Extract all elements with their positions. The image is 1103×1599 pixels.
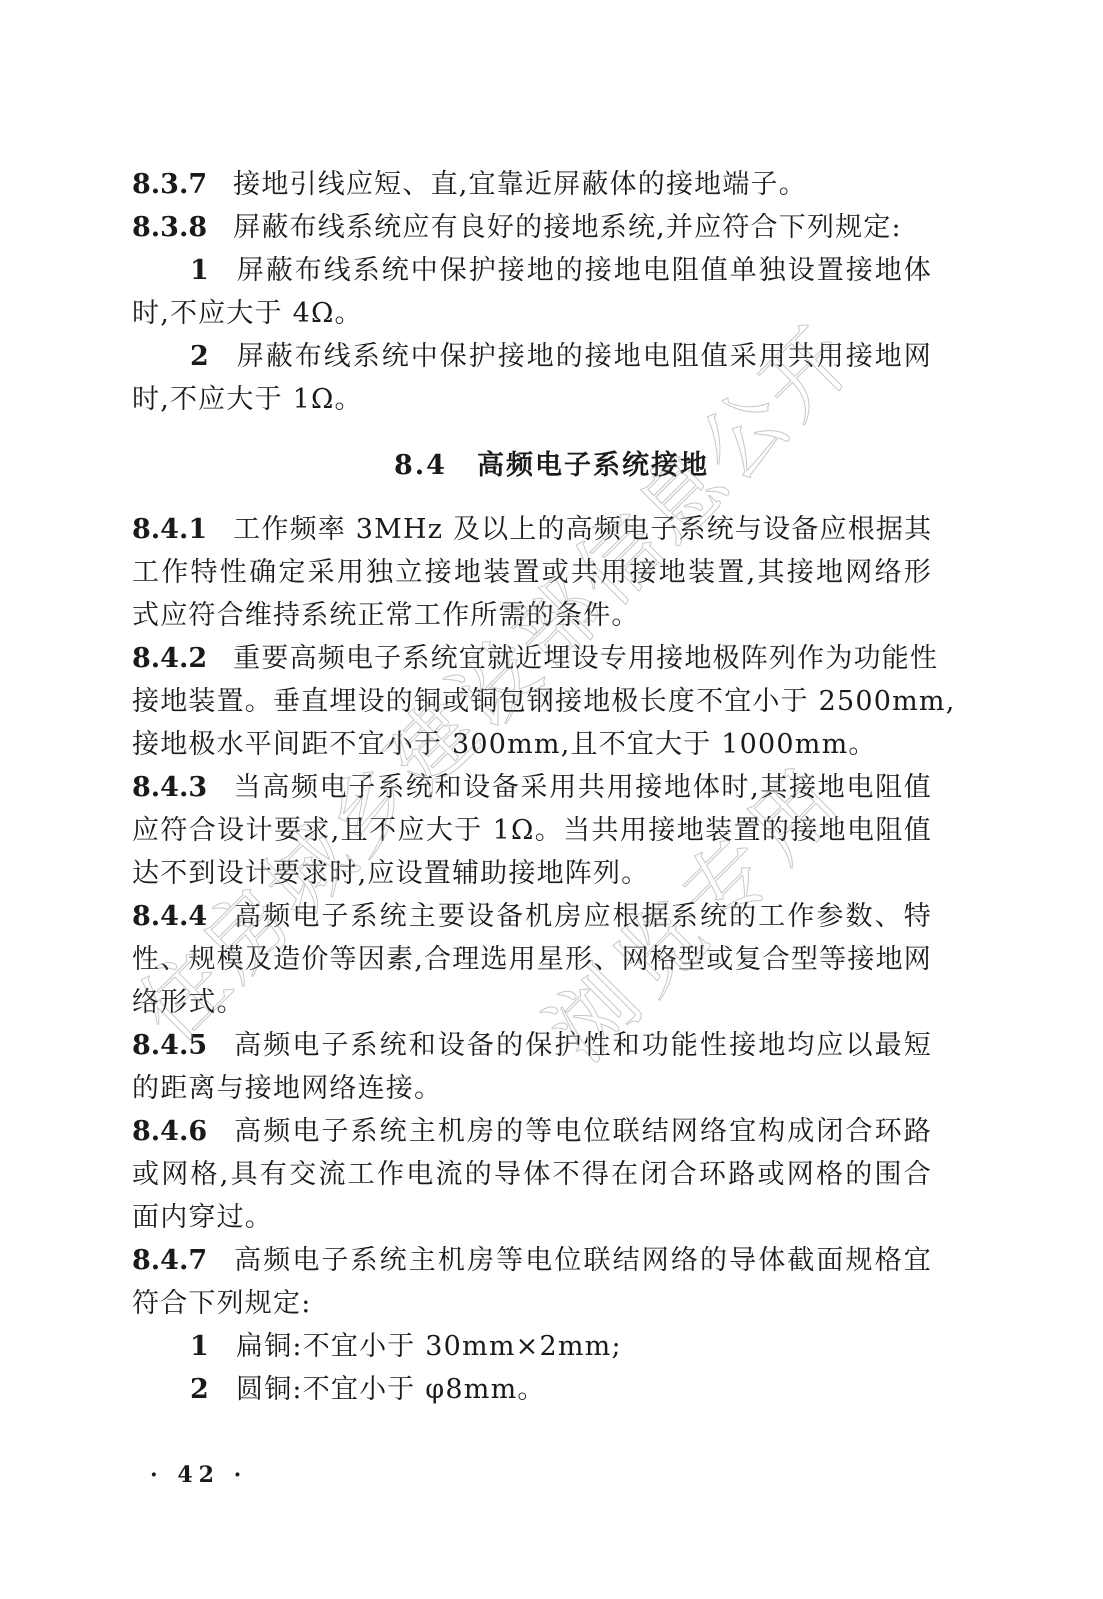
document-page: 8.3.7接地引线应短、直,宜靠近屏蔽体的接地端子。 8.3.8屏蔽布线系统应有… [0, 0, 1103, 1599]
clause-8-4-7-line-2: 符合下列规定: [132, 1286, 932, 1322]
clause-8-4-4-line-2: 性、规模及造价等因素,合理选用星形、网格型或复合型等接地网 [132, 942, 932, 978]
clause-text: 性、规模及造价等因素,合理选用星形、网格型或复合型等接地网 [132, 944, 932, 975]
item-number: 1 [190, 253, 210, 289]
clause-text: 的距离与接地网络连接。 [132, 1073, 442, 1104]
clause-8-4-2-line-3: 接地极水平间距不宜小于 300mm,且不宜大于 1000mm。 [132, 727, 932, 763]
clause-8-3-7-line-1: 8.3.7接地引线应短、直,宜靠近屏蔽体的接地端子。 [132, 167, 932, 203]
clause-8-4-6-line-2: 或网格,具有交流工作电流的导体不得在闭合环路或网格的围合 [132, 1157, 932, 1193]
clause-number: 8.3.7 [132, 167, 207, 203]
item-text: 屏蔽布线系统中保护接地的接地电阻值单独设置接地体 [236, 255, 932, 286]
item-8-3-8-1-line-2: 时,不应大于 4Ω。 [132, 296, 932, 332]
clause-text: 高频电子系统主机房等电位联结网络的导体截面规格宜 [233, 1245, 932, 1276]
clause-number: 8.4.5 [132, 1028, 207, 1064]
clause-8-4-2-line-1: 8.4.2重要高频电子系统宜就近埋设专用接地极阵列作为功能性 [132, 641, 932, 677]
clause-8-4-3-line-3: 达不到设计要求时,应设置辅助接地阵列。 [132, 856, 932, 892]
clause-8-4-5-line-2: 的距离与接地网络连接。 [132, 1071, 932, 1107]
clause-8-4-3-line-1: 8.4.3当高频电子系统和设备采用共用接地体时,其接地电阻值 [132, 770, 932, 806]
clause-text: 接地装置。垂直埋设的铜或铜包钢接地极长度不宜小于 2500mm, [132, 686, 955, 717]
clause-8-4-2-line-2: 接地装置。垂直埋设的铜或铜包钢接地极长度不宜小于 2500mm, [132, 684, 932, 720]
clause-number: 8.4.6 [132, 1114, 207, 1150]
item-number: 1 [190, 1329, 210, 1365]
clause-8-4-7-line-1: 8.4.7高频电子系统主机房等电位联结网络的导体截面规格宜 [132, 1243, 932, 1279]
clause-8-3-8-line-1: 8.3.8屏蔽布线系统应有良好的接地系统,并应符合下列规定: [132, 210, 932, 246]
clause-text: 工作特性确定采用独立接地装置或共用接地装置,其接地网络形 [132, 557, 932, 588]
clause-text: 面内穿过。 [132, 1202, 273, 1233]
clause-text: 接地极水平间距不宜小于 300mm,且不宜大于 1000mm。 [132, 729, 877, 760]
clause-8-4-1-line-2: 工作特性确定采用独立接地装置或共用接地装置,其接地网络形 [132, 555, 932, 591]
clause-text: 达不到设计要求时,应设置辅助接地阵列。 [132, 858, 649, 889]
clause-text: 高频电子系统主机房的等电位联结网络宜构成闭合环路 [233, 1116, 932, 1147]
page-number: · 42 · [150, 1462, 247, 1488]
item-text: 时,不应大于 1Ω。 [132, 384, 363, 415]
clause-number: 8.4.2 [132, 641, 207, 677]
clause-text: 式应符合维持系统正常工作所需的条件。 [132, 600, 640, 631]
clause-8-4-5-line-1: 8.4.5高频电子系统和设备的保护性和功能性接地均应以最短 [132, 1028, 932, 1064]
section-number: 8.4 [394, 450, 447, 481]
item-8-3-8-2-line-1: 2屏蔽布线系统中保护接地的接地电阻值采用共用接地网 [132, 339, 932, 375]
section-heading: 高频电子系统接地 [477, 450, 709, 481]
clause-text: 高频电子系统和设备的保护性和功能性接地均应以最短 [233, 1030, 932, 1061]
clause-8-4-1-line-1: 8.4.1工作频率 3MHz 及以上的高频电子系统与设备应根据其 [132, 512, 932, 548]
clause-number: 8.4.1 [132, 512, 207, 548]
clause-number: 8.4.4 [132, 899, 207, 935]
item-text: 时,不应大于 4Ω。 [132, 298, 363, 329]
item-number: 2 [190, 339, 210, 375]
clause-8-4-4-line-1: 8.4.4高频电子系统主要设备机房应根据系统的工作参数、特 [132, 899, 932, 935]
clause-text: 屏蔽布线系统应有良好的接地系统,并应符合下列规定: [233, 212, 902, 243]
item-text: 屏蔽布线系统中保护接地的接地电阻值采用共用接地网 [236, 341, 932, 372]
item-text: 扁铜:不宜小于 30mm×2mm; [236, 1331, 622, 1362]
clause-text: 工作频率 3MHz 及以上的高频电子系统与设备应根据其 [233, 514, 932, 545]
section-title: 8.4高频电子系统接地 [0, 448, 1103, 484]
clause-8-4-1-line-3: 式应符合维持系统正常工作所需的条件。 [132, 598, 932, 634]
clause-8-4-4-line-3: 络形式。 [132, 985, 932, 1021]
clause-text: 或网格,具有交流工作电流的导体不得在闭合环路或网格的围合 [132, 1159, 932, 1190]
item-8-3-8-2-line-2: 时,不应大于 1Ω。 [132, 382, 932, 418]
clause-8-4-6-line-3: 面内穿过。 [132, 1200, 932, 1236]
item-number: 2 [190, 1372, 210, 1408]
item-8-3-8-1-line-1: 1屏蔽布线系统中保护接地的接地电阻值单独设置接地体 [132, 253, 932, 289]
clause-text: 当高频电子系统和设备采用共用接地体时,其接地电阻值 [233, 772, 932, 803]
clause-text: 高频电子系统主要设备机房应根据系统的工作参数、特 [233, 901, 932, 932]
clause-number: 8.4.7 [132, 1243, 207, 1279]
clause-number: 8.3.8 [132, 210, 207, 246]
clause-text: 接地引线应短、直,宜靠近屏蔽体的接地端子。 [233, 169, 807, 200]
clause-number: 8.4.3 [132, 770, 207, 806]
clause-text: 络形式。 [132, 987, 245, 1018]
clause-8-4-3-line-2: 应符合设计要求,且不应大于 1Ω。当共用接地装置的接地电阻值 [132, 813, 932, 849]
item-8-4-7-2: 2圆铜:不宜小于 φ8mm。 [132, 1372, 932, 1408]
clause-8-4-6-line-1: 8.4.6高频电子系统主机房的等电位联结网络宜构成闭合环路 [132, 1114, 932, 1150]
clause-text: 符合下列规定: [132, 1288, 312, 1319]
clause-text: 重要高频电子系统宜就近埋设专用接地极阵列作为功能性 [233, 643, 938, 674]
clause-text: 应符合设计要求,且不应大于 1Ω。当共用接地装置的接地电阻值 [132, 815, 932, 846]
item-text: 圆铜:不宜小于 φ8mm。 [236, 1374, 546, 1405]
item-8-4-7-1: 1扁铜:不宜小于 30mm×2mm; [132, 1329, 932, 1365]
